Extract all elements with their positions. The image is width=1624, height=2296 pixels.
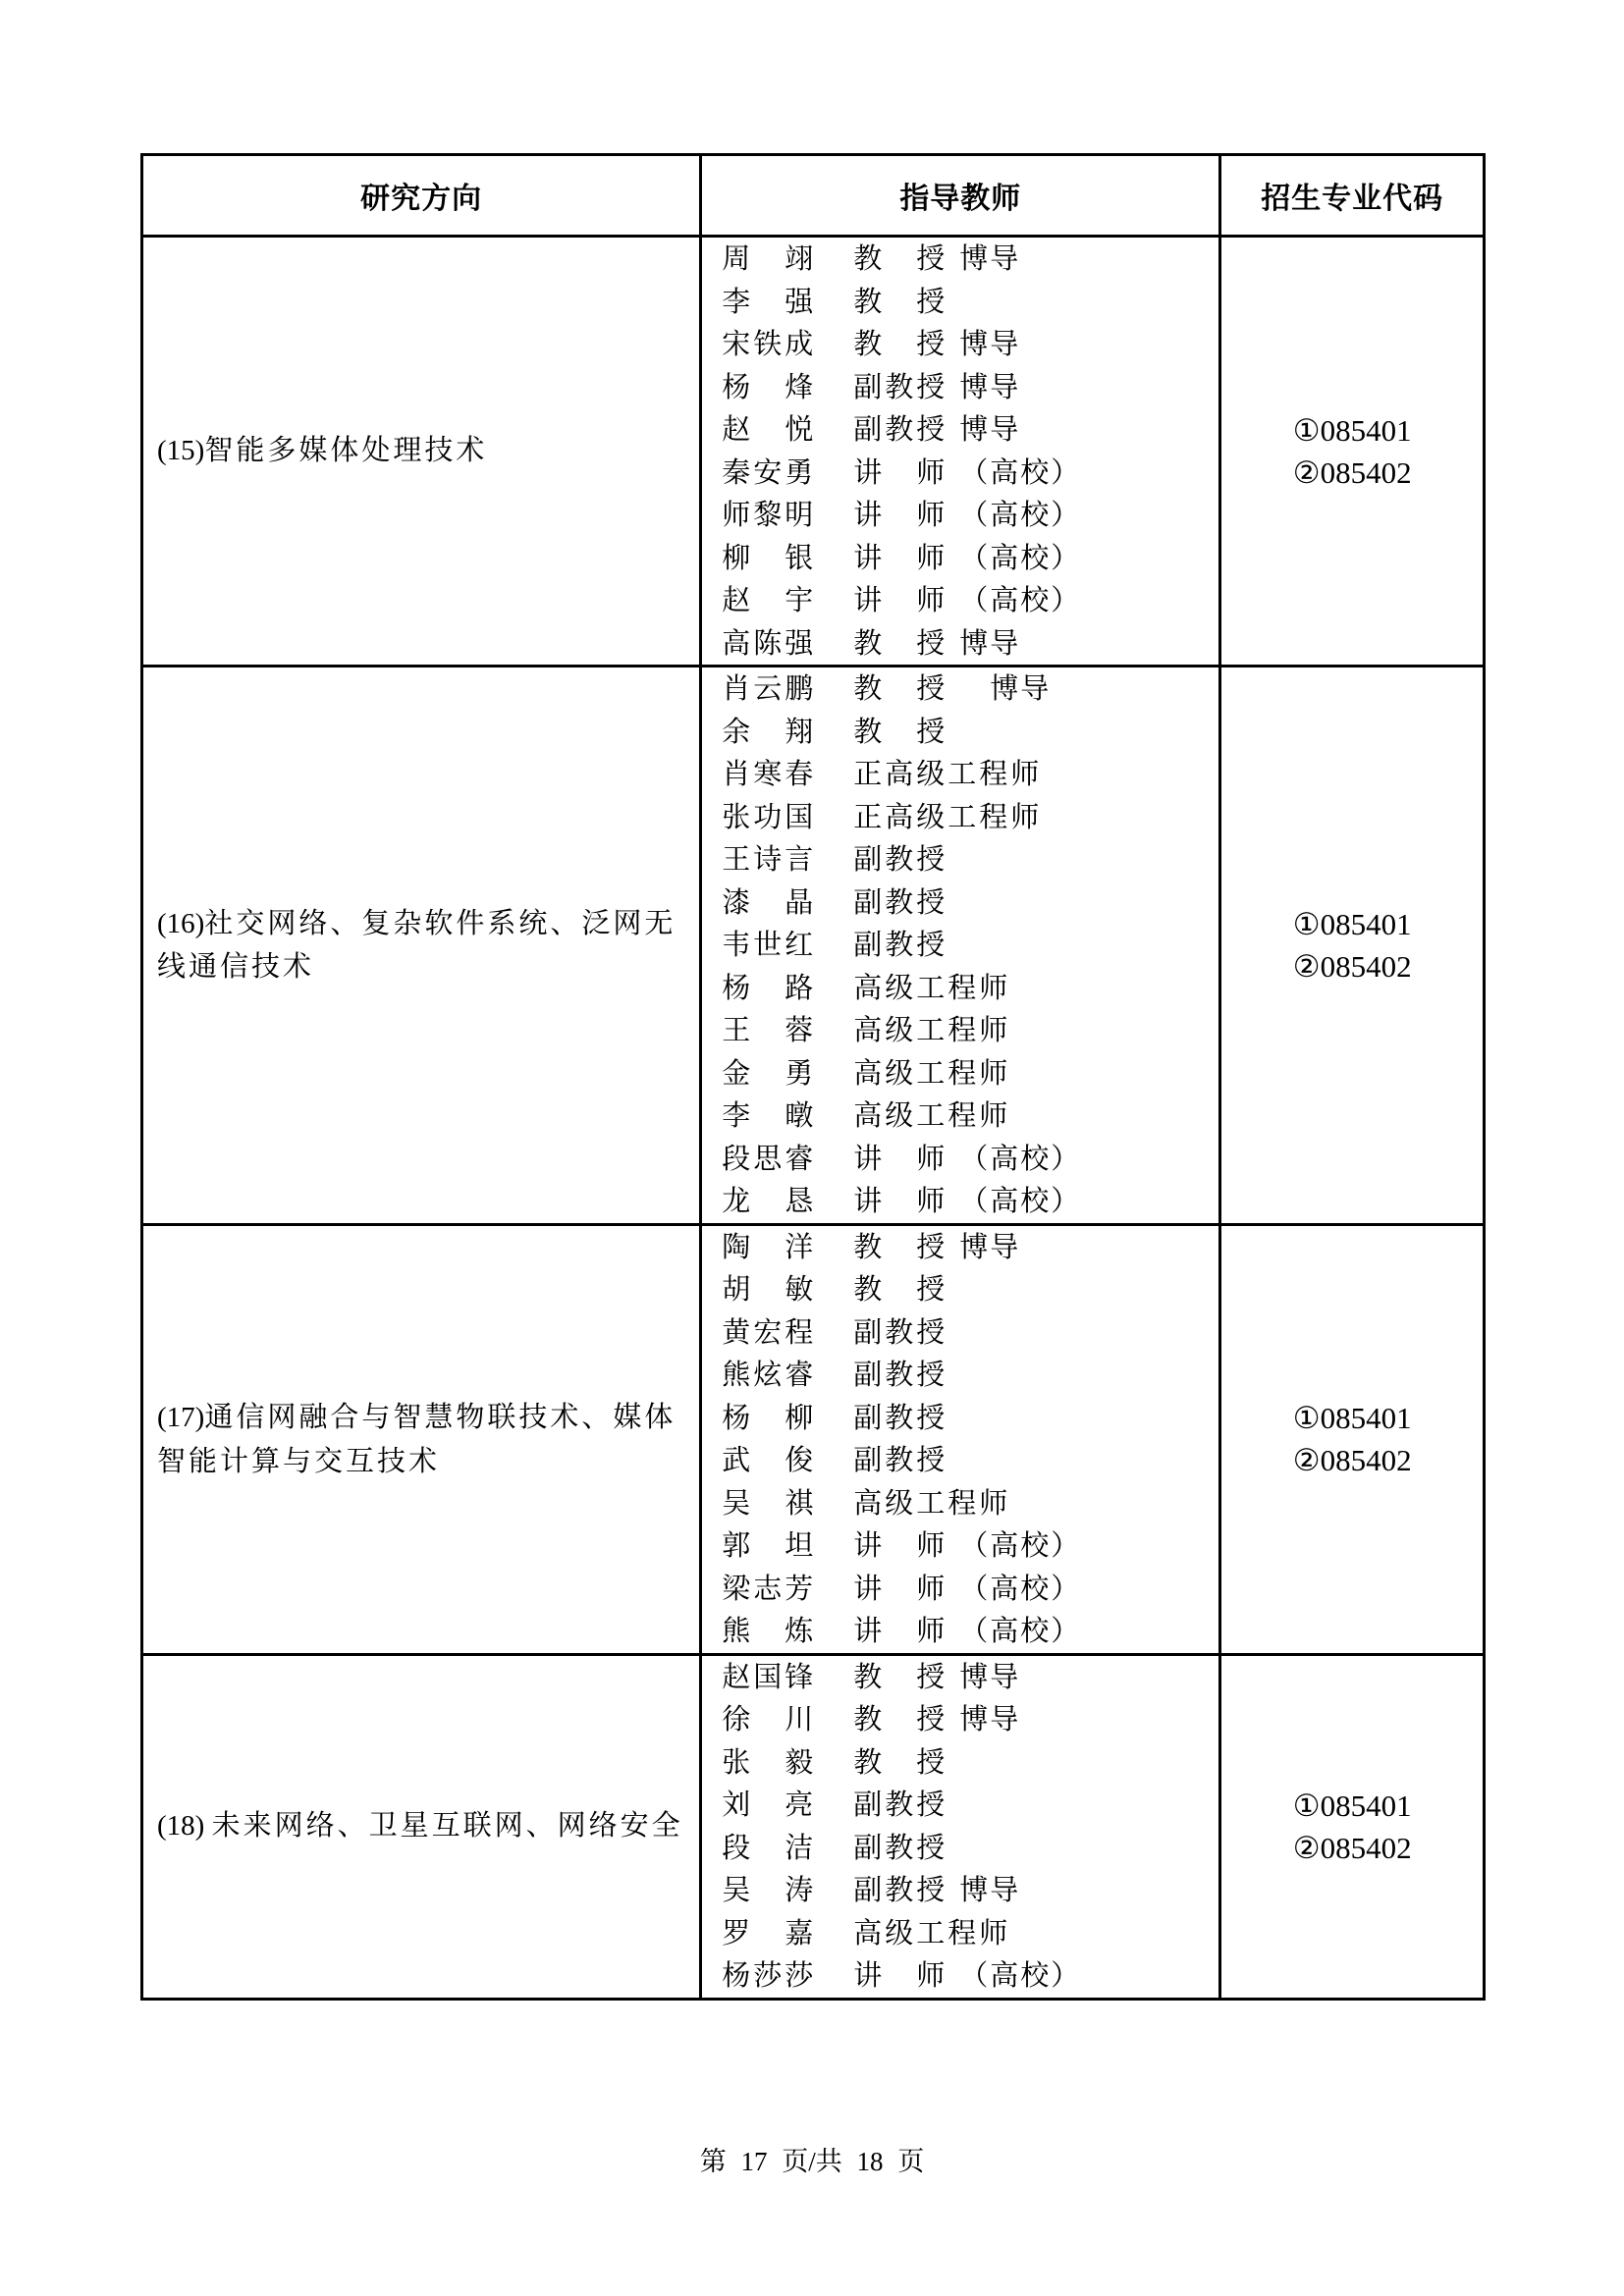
major-code: ①085401 <box>1221 1397 1483 1439</box>
advisor-name: 熊 炼 <box>722 1610 853 1653</box>
advisor-name: 王诗言 <box>722 838 853 881</box>
direction-text: 智能多媒体处理技术 <box>204 433 487 466</box>
advisor-entry: 胡 敏教 授 <box>722 1268 1218 1311</box>
advisor-name: 余 翔 <box>722 711 853 754</box>
advisor-name: 李 强 <box>722 281 853 324</box>
advisor-entry: 王诗言副教授 <box>722 838 1218 881</box>
research-direction-cell: (18) 未来网络、卫星互联网、网络安全 <box>142 1654 701 1999</box>
advisor-entry: 杨 烽副教授博导 <box>722 366 1218 409</box>
advisor-entry: 宋铁成教 授博导 <box>722 323 1218 366</box>
advisor-name: 杨 烽 <box>722 366 853 409</box>
advisor-title: 副教授 <box>853 1827 947 1870</box>
advisor-entry: 赵 悦副教授博导 <box>722 408 1218 452</box>
advisor-entry: 肖寒春正高级工程师 <box>722 753 1218 796</box>
major-code: ①085401 <box>1221 903 1483 945</box>
advisor-title: 副教授 <box>853 924 947 967</box>
advisor-name: 梁志芳 <box>722 1568 853 1611</box>
advisor-title: 教 授 <box>853 1226 947 1269</box>
advisor-name: 赵国锋 <box>722 1656 853 1699</box>
major-code-cell: ①085401②085402 <box>1220 1224 1485 1654</box>
advisor-name: 柳 银 <box>722 537 853 580</box>
advisor-note: 博导 <box>959 1698 1020 1741</box>
major-code-cell: ①085401②085402 <box>1220 667 1485 1225</box>
table-body: (15)智能多媒体处理技术周 翊教 授博导李 强教 授宋铁成教 授博导杨 烽副教… <box>142 237 1485 2000</box>
major-code-cell: ①085401②085402 <box>1220 237 1485 667</box>
advisor-entry: 肖云鹏教 授 博导 <box>722 667 1218 711</box>
advisor-title: 讲 师 <box>853 1610 947 1653</box>
advisor-title: 讲 师 <box>853 1954 947 1998</box>
advisor-entry: 杨 柳副教授 <box>722 1397 1218 1440</box>
advisor-name: 胡 敏 <box>722 1268 853 1311</box>
advisor-name: 刘 亮 <box>722 1784 853 1827</box>
major-code: ②085402 <box>1221 945 1483 988</box>
advisor-note: （高校） <box>959 1180 1081 1223</box>
advisor-note: （高校） <box>959 579 1081 622</box>
advisor-note: 博导 <box>959 1226 1020 1269</box>
advisor-name: 肖云鹏 <box>722 667 853 711</box>
table-row: (15)智能多媒体处理技术周 翊教 授博导李 强教 授宋铁成教 授博导杨 烽副教… <box>142 237 1485 667</box>
advisor-note: 博导 <box>959 408 1020 452</box>
advisor-name: 赵 宇 <box>722 579 853 622</box>
advisor-name: 宋铁成 <box>722 323 853 366</box>
advisor-entry: 师黎明讲 师（高校） <box>722 494 1218 537</box>
advisor-name: 张 毅 <box>722 1741 853 1785</box>
advisor-note: （高校） <box>959 1524 1081 1568</box>
advisor-entry: 熊炫睿副教授 <box>722 1354 1218 1397</box>
direction-number: (16) <box>157 908 204 939</box>
table-row: (16)社交网络、复杂软件系统、泛网无线通信技术肖云鹏教 授 博导余 翔教 授肖… <box>142 667 1485 1225</box>
advisor-title: 教 授 <box>853 1698 947 1741</box>
advisor-entry: 陶 洋教 授博导 <box>722 1226 1218 1269</box>
advisor-note: 博导 <box>959 667 1051 711</box>
advisor-entry: 熊 炼讲 师（高校） <box>722 1610 1218 1653</box>
advisor-entry: 杨 路高级工程师 <box>722 967 1218 1010</box>
advisor-title: 讲 师 <box>853 1180 947 1223</box>
advisor-title: 副教授 <box>853 408 947 452</box>
advisor-title: 教 授 <box>853 622 947 666</box>
advisor-note: 博导 <box>959 323 1020 366</box>
advisor-note: 博导 <box>959 366 1020 409</box>
advisor-entry: 杨莎莎讲 师（高校） <box>722 1954 1218 1998</box>
advisor-name: 李 暾 <box>722 1095 853 1138</box>
advisor-entry: 秦安勇讲 师（高校） <box>722 452 1218 495</box>
advisor-entry: 吴 祺高级工程师 <box>722 1482 1218 1525</box>
advisor-entry: 武 俊副教授 <box>722 1439 1218 1482</box>
advisor-name: 陶 洋 <box>722 1226 853 1269</box>
advisor-title: 正高级工程师 <box>853 796 1042 839</box>
advisor-title: 教 授 <box>853 281 947 324</box>
direction-number: (17) <box>157 1402 204 1433</box>
advisor-name: 罗 嘉 <box>722 1912 853 1955</box>
advisor-title: 高级工程师 <box>853 1009 1010 1052</box>
advisor-name: 熊炫睿 <box>722 1354 853 1397</box>
advisor-entry: 周 翊教 授博导 <box>722 238 1218 281</box>
advisor-note: （高校） <box>959 1568 1081 1611</box>
header-advisors: 指导教师 <box>701 155 1220 237</box>
advisor-entry: 金 勇高级工程师 <box>722 1052 1218 1095</box>
advisor-entry: 赵 宇讲 师（高校） <box>722 579 1218 622</box>
major-code: ①085401 <box>1221 1785 1483 1827</box>
research-direction-cell: (16)社交网络、复杂软件系统、泛网无线通信技术 <box>142 667 701 1225</box>
advisor-entry: 郭 坦讲 师（高校） <box>722 1524 1218 1568</box>
advisor-title: 副教授 <box>853 1397 947 1440</box>
advisor-entry: 漆 晶副教授 <box>722 881 1218 925</box>
advisor-name: 金 勇 <box>722 1052 853 1095</box>
advisor-title: 副教授 <box>853 1869 947 1912</box>
advisor-name: 杨莎莎 <box>722 1954 853 1998</box>
advisor-title: 副教授 <box>853 881 947 925</box>
advisor-name: 武 俊 <box>722 1439 853 1482</box>
advisor-name: 段思睿 <box>722 1138 853 1181</box>
advisor-note: （高校） <box>959 1610 1081 1653</box>
advisor-note: 博导 <box>959 622 1020 666</box>
advisor-entry: 梁志芳讲 师（高校） <box>722 1568 1218 1611</box>
advisor-name: 张功国 <box>722 796 853 839</box>
advisor-note: （高校） <box>959 537 1081 580</box>
advisor-title: 高级工程师 <box>853 1912 1010 1955</box>
header-major-code: 招生专业代码 <box>1220 155 1485 237</box>
advisor-title: 高级工程师 <box>853 1052 1010 1095</box>
advisor-title: 教 授 <box>853 238 947 281</box>
advisor-entry: 罗 嘉高级工程师 <box>722 1912 1218 1955</box>
major-code-cell: ①085401②085402 <box>1220 1654 1485 1999</box>
advisor-note: 博导 <box>959 238 1020 281</box>
advisor-note: 博导 <box>959 1869 1020 1912</box>
advisor-name: 师黎明 <box>722 494 853 537</box>
advisor-entry: 赵国锋教 授博导 <box>722 1656 1218 1699</box>
advisor-note: （高校） <box>959 1954 1081 1998</box>
advisor-entry: 刘 亮副教授 <box>722 1784 1218 1827</box>
advisor-title: 教 授 <box>853 1741 947 1785</box>
advisor-entry: 龙 恳讲 师（高校） <box>722 1180 1218 1223</box>
advisor-title: 讲 师 <box>853 579 947 622</box>
direction-text: 社交网络、复杂软件系统、泛网无线通信技术 <box>157 906 676 984</box>
advisor-title: 副教授 <box>853 366 947 409</box>
advisor-title: 副教授 <box>853 1784 947 1827</box>
advisor-note: （高校） <box>959 1138 1081 1181</box>
advisor-name: 徐 川 <box>722 1698 853 1741</box>
table-row: (17)通信网融合与智慧物联技术、媒体智能计算与交互技术陶 洋教 授博导胡 敏教… <box>142 1224 1485 1654</box>
direction-number: (18) <box>157 1810 212 1842</box>
direction-text: 未来网络、卫星互联网、网络安全 <box>212 1808 683 1842</box>
advisor-name: 黄宏程 <box>722 1311 853 1355</box>
major-code: ②085402 <box>1221 1439 1483 1481</box>
table-row: (18) 未来网络、卫星互联网、网络安全赵国锋教 授博导徐 川教 授博导张 毅教… <box>142 1654 1485 1999</box>
advisor-note: （高校） <box>959 452 1081 495</box>
advisor-name: 郭 坦 <box>722 1524 853 1568</box>
advisor-name: 吴 祺 <box>722 1482 853 1525</box>
major-code: ①085401 <box>1221 409 1483 452</box>
advisor-name: 肖寒春 <box>722 753 853 796</box>
advisor-name: 韦世红 <box>722 924 853 967</box>
advisor-name: 王 蓉 <box>722 1009 853 1052</box>
advisor-entry: 段 洁副教授 <box>722 1827 1218 1870</box>
major-code: ②085402 <box>1221 452 1483 494</box>
advisor-entry: 张 毅教 授 <box>722 1741 1218 1785</box>
advisor-name: 杨 柳 <box>722 1397 853 1440</box>
advisor-title: 副教授 <box>853 1354 947 1397</box>
advisor-title: 高级工程师 <box>853 967 1010 1010</box>
advisor-entry: 韦世红副教授 <box>722 924 1218 967</box>
advisor-entry: 吴 涛副教授博导 <box>722 1869 1218 1912</box>
advisor-name: 龙 恳 <box>722 1180 853 1223</box>
advisor-name: 赵 悦 <box>722 408 853 452</box>
advisor-name: 秦安勇 <box>722 452 853 495</box>
advisor-title: 教 授 <box>853 1268 947 1311</box>
advisors-cell: 赵国锋教 授博导徐 川教 授博导张 毅教 授刘 亮副教授段 洁副教授吴 涛副教授… <box>701 1654 1220 1999</box>
advisor-entry: 黄宏程副教授 <box>722 1311 1218 1355</box>
advisor-title: 教 授 <box>853 1656 947 1699</box>
advisor-entry: 张功国正高级工程师 <box>722 796 1218 839</box>
advisor-entry: 高陈强教 授博导 <box>722 622 1218 666</box>
direction-text: 通信网融合与智慧物联技术、媒体智能计算与交互技术 <box>157 1400 676 1477</box>
advisor-title: 高级工程师 <box>853 1095 1010 1138</box>
advisor-title: 教 授 <box>853 711 947 754</box>
advisor-name: 段 洁 <box>722 1827 853 1870</box>
advisor-entry: 李 暾高级工程师 <box>722 1095 1218 1138</box>
advisor-note: 博导 <box>959 1656 1020 1699</box>
advisor-title: 讲 师 <box>853 494 947 537</box>
advisors-cell: 陶 洋教 授博导胡 敏教 授黄宏程副教授熊炫睿副教授杨 柳副教授武 俊副教授吴 … <box>701 1224 1220 1654</box>
advisor-title: 教 授 <box>853 667 947 711</box>
advisor-name: 漆 晶 <box>722 881 853 925</box>
advisor-title: 讲 师 <box>853 452 947 495</box>
advisor-entry: 柳 银讲 师（高校） <box>722 537 1218 580</box>
advisor-title: 副教授 <box>853 1439 947 1482</box>
advisor-name: 高陈强 <box>722 622 853 666</box>
table-header-row: 研究方向 指导教师 招生专业代码 <box>142 155 1485 237</box>
page-number: 第 17 页/共 18 页 <box>0 2140 1624 2178</box>
advisor-title: 讲 师 <box>853 1568 947 1611</box>
advisor-title: 副教授 <box>853 1311 947 1355</box>
major-code: ②085402 <box>1221 1827 1483 1869</box>
advisor-entry: 王 蓉高级工程师 <box>722 1009 1218 1052</box>
research-direction-cell: (15)智能多媒体处理技术 <box>142 237 701 667</box>
advisor-title: 副教授 <box>853 838 947 881</box>
advisor-entry: 段思睿讲 师（高校） <box>722 1138 1218 1181</box>
research-direction-cell: (17)通信网融合与智慧物联技术、媒体智能计算与交互技术 <box>142 1224 701 1654</box>
direction-number: (15) <box>157 435 204 466</box>
advisor-name: 周 翊 <box>722 238 853 281</box>
header-research-direction: 研究方向 <box>142 155 701 237</box>
advisor-title: 讲 师 <box>853 1138 947 1181</box>
advisor-title: 讲 师 <box>853 1524 947 1568</box>
advisor-title: 高级工程师 <box>853 1482 1010 1525</box>
advisors-cell: 周 翊教 授博导李 强教 授宋铁成教 授博导杨 烽副教授博导赵 悦副教授博导秦安… <box>701 237 1220 667</box>
advisor-entry: 徐 川教 授博导 <box>722 1698 1218 1741</box>
advisor-note: （高校） <box>959 494 1081 537</box>
advisor-title: 正高级工程师 <box>853 753 1042 796</box>
advisor-entry: 余 翔教 授 <box>722 711 1218 754</box>
advisor-entry: 李 强教 授 <box>722 281 1218 324</box>
advisor-title: 讲 师 <box>853 537 947 580</box>
advisor-name: 吴 涛 <box>722 1869 853 1912</box>
advisor-table: 研究方向 指导教师 招生专业代码 (15)智能多媒体处理技术周 翊教 授博导李 … <box>140 153 1486 2001</box>
advisor-name: 杨 路 <box>722 967 853 1010</box>
advisors-cell: 肖云鹏教 授 博导余 翔教 授肖寒春正高级工程师张功国正高级工程师王诗言副教授漆… <box>701 667 1220 1225</box>
advisor-title: 教 授 <box>853 323 947 366</box>
